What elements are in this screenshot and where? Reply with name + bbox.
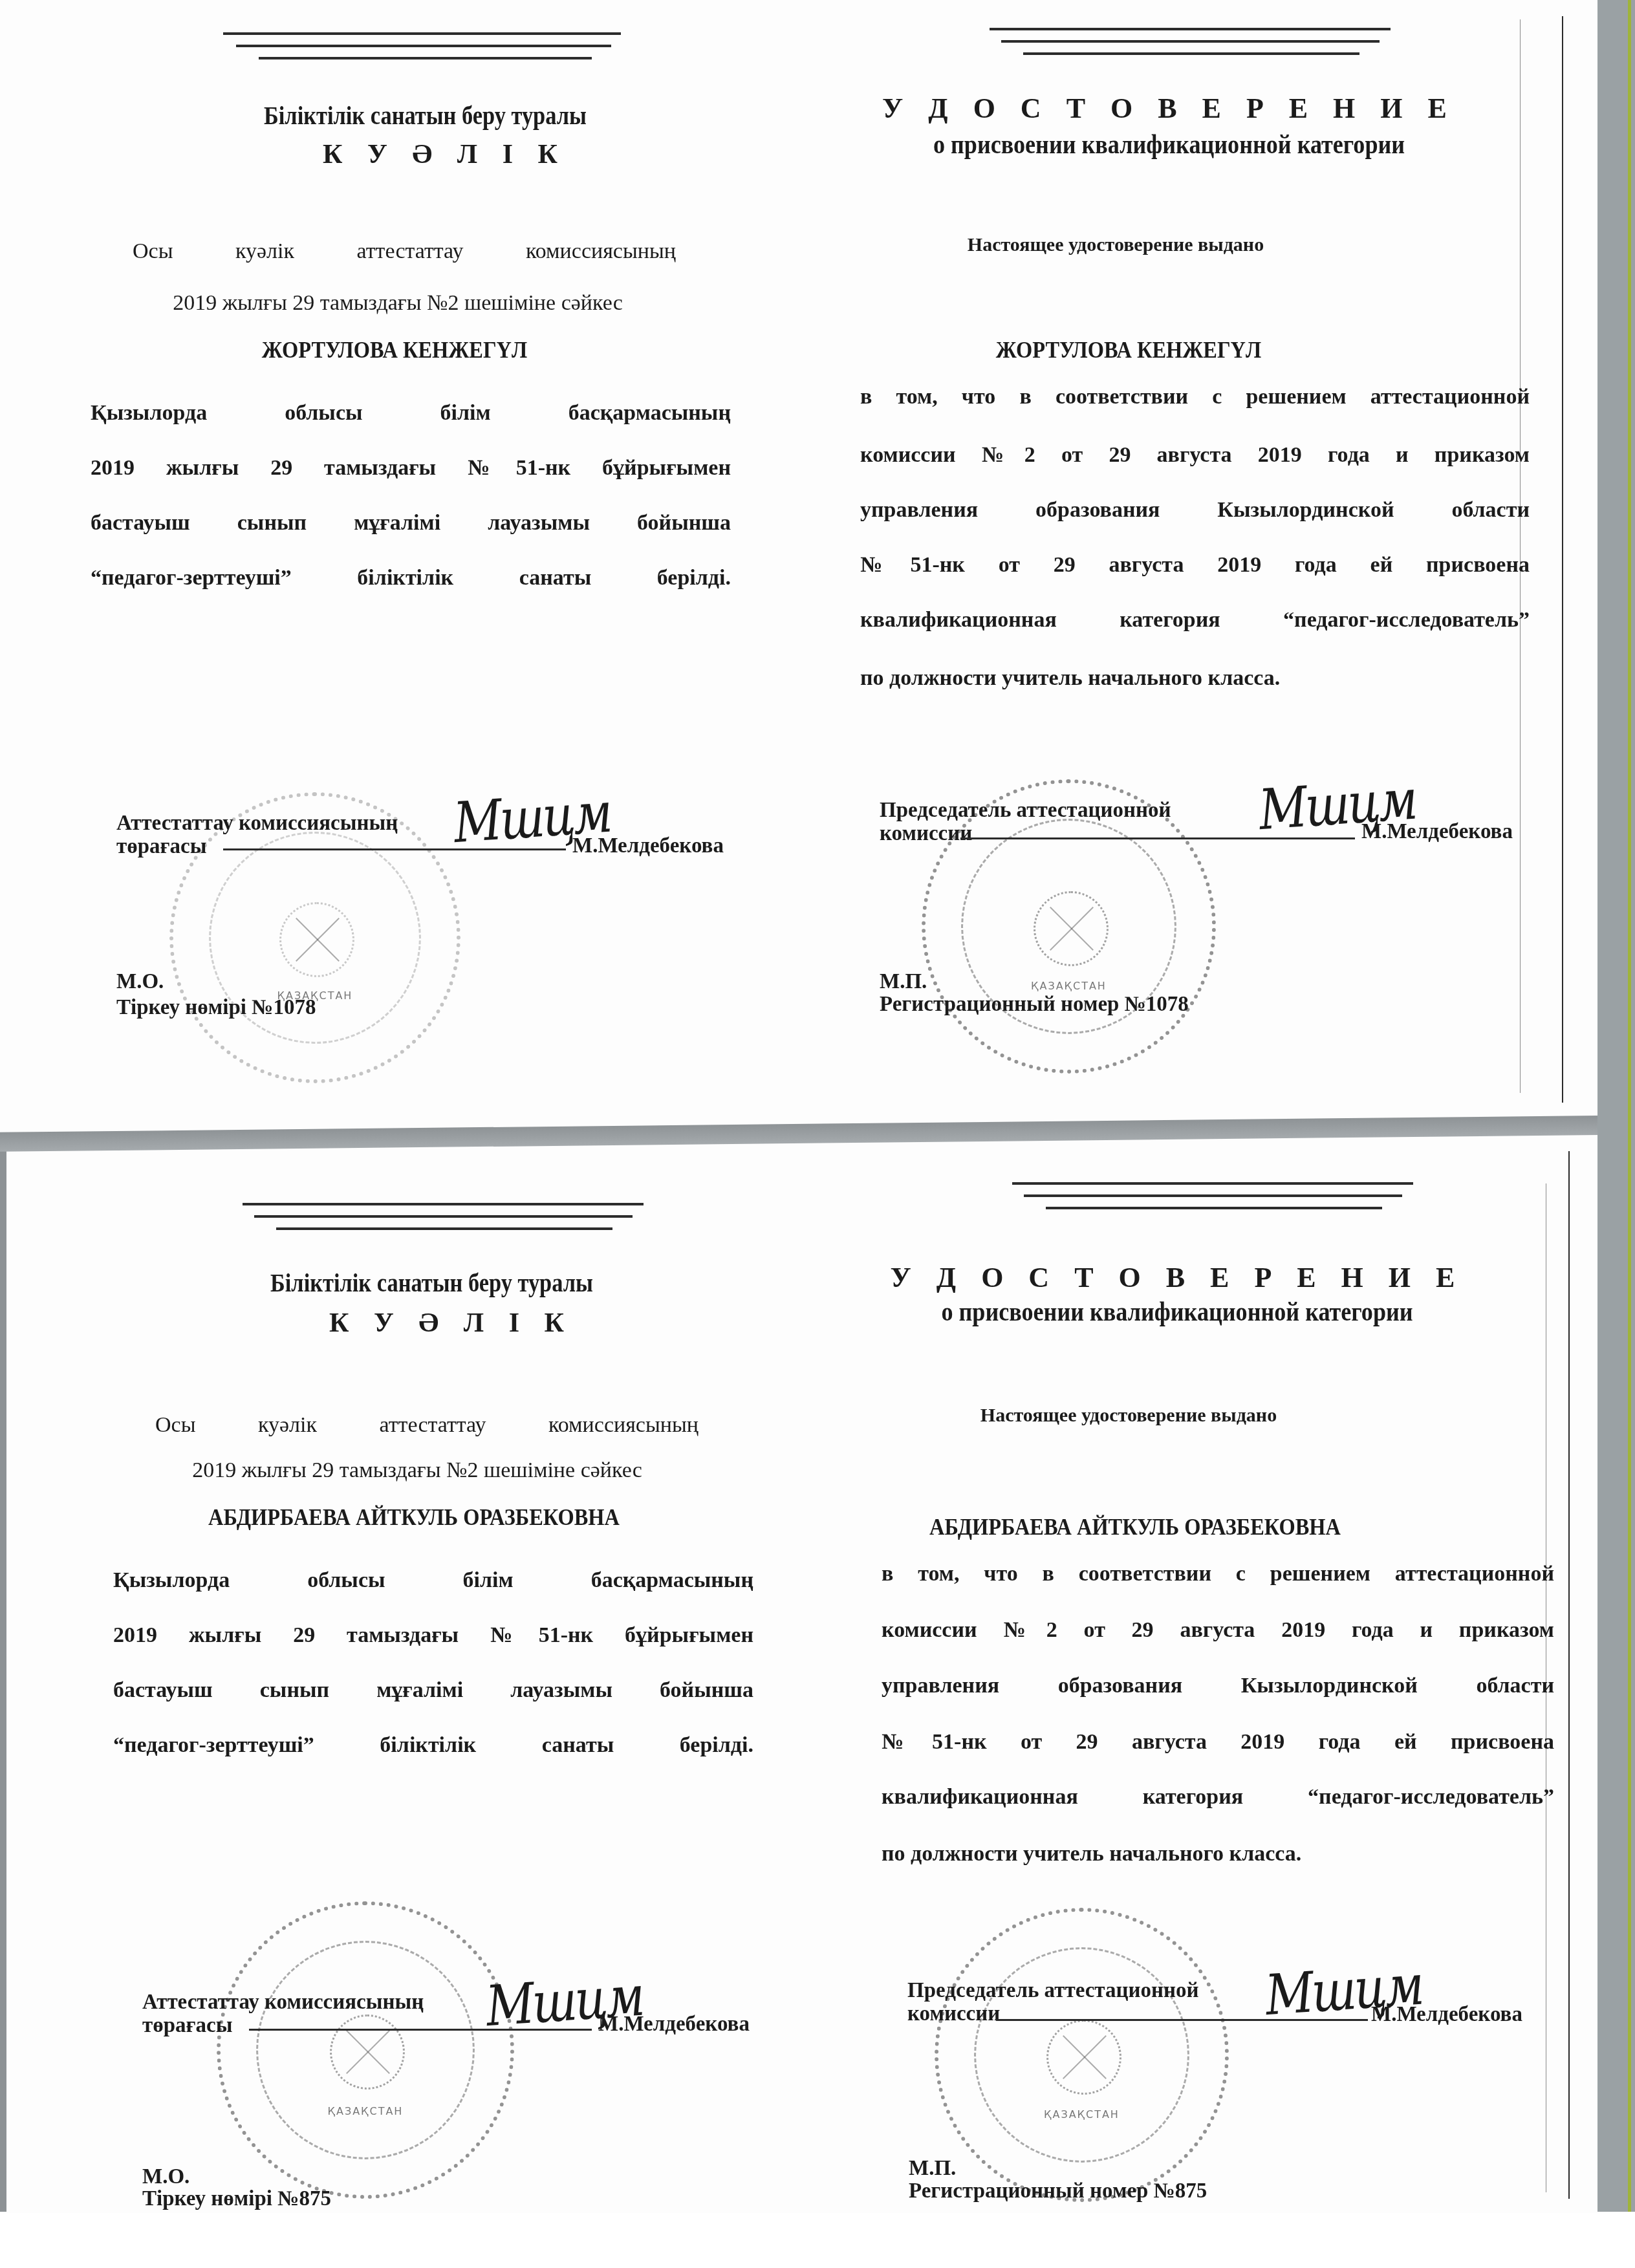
scanner-edge-accent — [1628, 0, 1631, 2212]
body-line: по должности учитель начального класса. — [882, 1842, 1301, 1866]
recipient-name: ЖОРТУЛОВА КЕНЖЕГҮЛ — [127, 336, 662, 363]
recipient-name: АБДИРБАЕВА АЙТКУЛЬ ОРАЗБЕКОВНА — [867, 1513, 1403, 1540]
chair-label-line-2: комиссии — [880, 822, 1171, 845]
official-seal: ҚАЗАҚСТАН — [217, 1901, 514, 2199]
body-line: бастауыш сынып мұғалімі лауазымы бойынша — [91, 511, 731, 535]
registration-number: Регистрационный номер №875 — [909, 2179, 1207, 2203]
chair-label-line-1: Председатель аттестационной — [880, 799, 1171, 822]
body-line: №51-нк от 29 августа 2019 года ей присво… — [860, 553, 1530, 578]
recipient-name: ЖОРТУЛОВА КЕНЖЕГҮЛ — [907, 336, 1350, 363]
certificate-heading: К У Ә Л І К — [103, 1308, 799, 1339]
certificate-heading: У Д О С Т О В Е Р Е Н И Е — [757, 1261, 1597, 1294]
body-line: в том, что в соответствии с решением атт… — [882, 1562, 1554, 1586]
seal-label: ҚАЗАҚСТАН — [938, 2108, 1225, 2121]
chair-label-line-1: Председатель аттестационной — [907, 1979, 1199, 2002]
seal-abbreviation: М.О. — [142, 2165, 189, 2188]
header-rules — [223, 32, 621, 69]
body-line: квалификационная категория “педагог-иссл… — [860, 608, 1530, 632]
chair-label-line-1: Аттестаттау комиссиясының — [142, 1991, 424, 2014]
certificate-heading: К У Ә Л І К — [91, 139, 799, 170]
body-line: 2019 жылғы 29 тамыздағы №51-нк бұйрығыме… — [91, 456, 731, 481]
intro-line-2: 2019 жылғы 29 тамыздағы №2 шешіміне сәйк… — [129, 1458, 705, 1483]
body-line: “педагог-зерттеуші” біліктілік санаты бе… — [91, 566, 731, 590]
chair-label-line-2: комиссии — [907, 2002, 1199, 2025]
body-line: комиссии №2 от 29 августа 2019 года и пр… — [882, 1618, 1554, 1643]
body-line: управления образования Кызылординской об… — [860, 498, 1530, 523]
certificate-sheet-1: Біліктілік санатын беру туралы К У Ә Л І… — [0, 0, 1597, 1116]
certificate-title: Біліктілік санатын беру туралы — [104, 100, 746, 131]
seal-abbreviation: М.П. — [880, 970, 927, 993]
body-line: по должности учитель начального класса. — [860, 666, 1280, 691]
chair-label-line-2: төрағасы — [142, 2014, 424, 2037]
intro-line-2: 2019 жылғы 29 тамыздағы №2 шешіміне сәйк… — [110, 291, 686, 316]
body-line: “педагог-зерттеуші” біліктілік санаты бе… — [113, 1733, 753, 1758]
certificate-subtitle: о присвоении квалификационной категории — [801, 129, 1538, 160]
recipient-name: АБДИРБАЕВА АЙТКУЛЬ ОРАЗБЕКОВНА — [129, 1504, 699, 1531]
chair-name: М.Мелдебекова — [1371, 2003, 1522, 2026]
chair-name: М.Мелдебекова — [1361, 820, 1513, 843]
intro-line-1: Осы куәлік аттестаттау комиссиясының — [155, 1413, 698, 1438]
official-seal: ҚАЗАҚСТАН — [935, 1908, 1229, 2202]
seal-label: ҚАЗАҚСТАН — [926, 980, 1212, 992]
seal-label: ҚАЗАҚСТАН — [221, 2105, 510, 2117]
certificate-sheet-2: Біліктілік санатын беру туралы К У Ә Л І… — [0, 1138, 1597, 2212]
body-line: Қызылорда облысы білім басқармасының — [113, 1568, 753, 1593]
seal-abbreviation: М.П. — [909, 2157, 956, 2180]
registration-number: Тіркеу нөмірі №875 — [142, 2187, 331, 2210]
certificate-title: Біліктілік санатын беру туралы — [116, 1268, 747, 1298]
certificate-ru-panel: У Д О С Т О В Е Р Е Н И Е о присвоении к… — [799, 1138, 1597, 2212]
header-rules — [243, 1203, 644, 1240]
intro-line-1: Осы куәлік аттестаттау комиссиясының — [133, 239, 676, 264]
body-line: Қызылорда облысы білім басқармасының — [91, 401, 731, 426]
chair-label-line-1: Аттестаттау комиссиясының — [116, 812, 398, 835]
body-line: в том, что в соответствии с решением атт… — [860, 385, 1530, 409]
certificate-ru-panel: У Д О С Т О В Е Р Е Н И Е о присвоении к… — [799, 0, 1597, 1116]
certificate-kk-panel: Біліктілік санатын беру туралы К У Ә Л І… — [0, 1138, 799, 2212]
body-line: 2019 жылғы 29 тамыздағы №51-нк бұйрығыме… — [113, 1623, 753, 1648]
certificate-subtitle: о присвоении квалификационной категории — [816, 1297, 1539, 1328]
issued-to: Настоящее удостоверение выдано — [863, 234, 1368, 256]
registration-number: Тіркеу нөмірі №1078 — [116, 996, 316, 1019]
issued-to: Настоящее удостоверение выдано — [876, 1405, 1381, 1427]
seal-abbreviation: М.О. — [116, 970, 164, 993]
body-line: управления образования Кызылординской об… — [882, 1674, 1554, 1698]
body-line: №51-нк от 29 августа 2019 года ей присво… — [882, 1730, 1554, 1755]
header-rules — [990, 28, 1391, 65]
body-line: квалификационная категория “педагог-иссл… — [882, 1785, 1554, 1809]
body-line: комиссии №2 от 29 августа 2019 года и пр… — [860, 443, 1530, 468]
scan-bottom-margin — [0, 2213, 1635, 2268]
chair-label-line-2: төрағасы — [116, 835, 398, 858]
chair-label: Аттестаттау комиссиясының төрағасы — [116, 812, 398, 858]
header-rules — [1012, 1182, 1413, 1219]
chair-name: М.Мелдебекова — [572, 834, 724, 858]
certificate-heading: У Д О С Т О В Е Р Е Н И Е — [741, 92, 1597, 125]
body-line: бастауыш сынып мұғалімі лауазымы бойынша — [113, 1678, 753, 1703]
registration-number: Регистрационный номер №1078 — [880, 993, 1189, 1016]
certificate-kk-panel: Біліктілік санатын беру туралы К У Ә Л І… — [0, 0, 799, 1116]
chair-name: М.Мелдебекова — [598, 2013, 750, 2036]
